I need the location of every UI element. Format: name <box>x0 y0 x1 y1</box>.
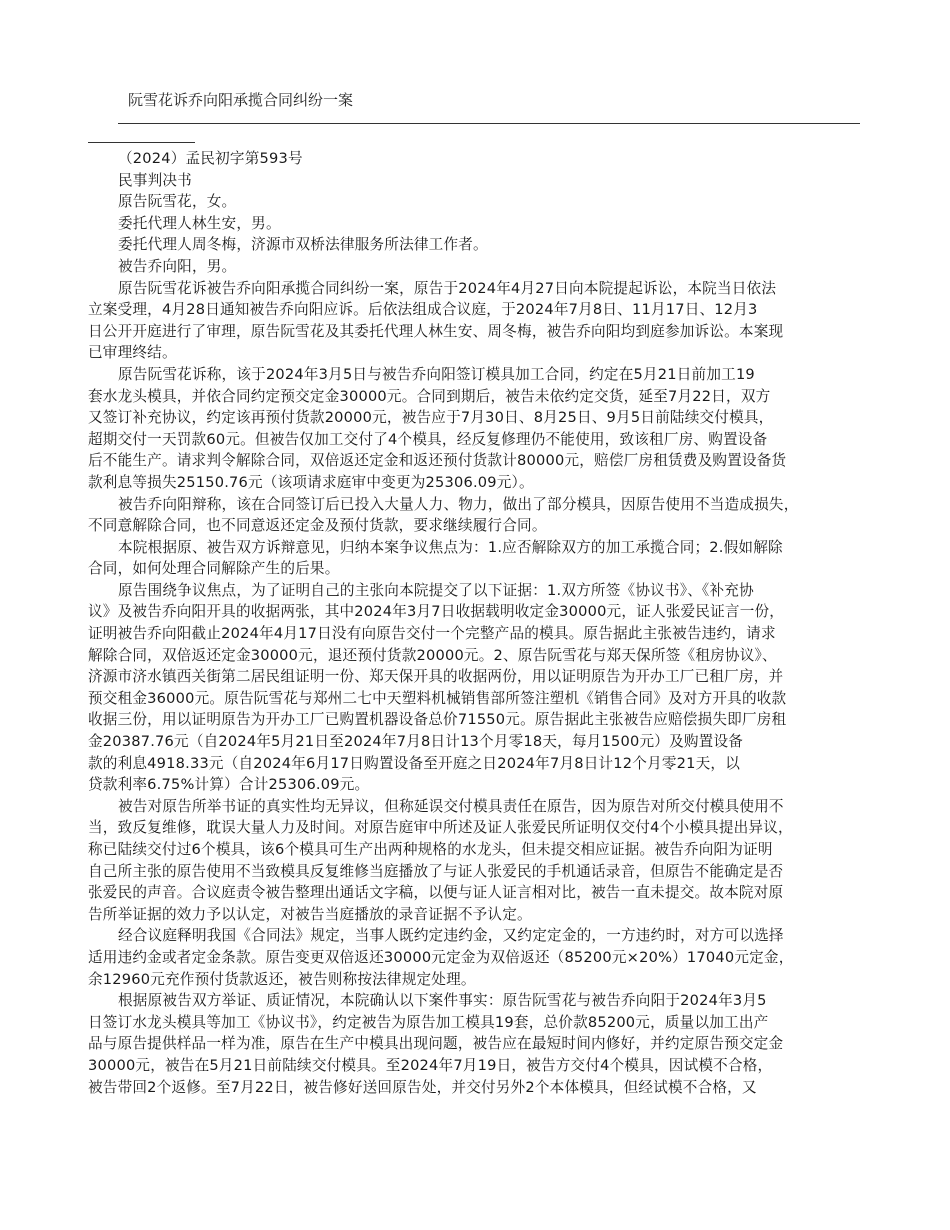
text-line: 根据原被告双方举证、质证情况，本院确认以下案件事实：原告阮雪花与被告乔向阳于20… <box>88 990 863 1012</box>
paragraph-plaintiff-claims: 原告阮雪花诉称，该于2024年3月5日与被告乔向阳签订模具加工合同，约定在5月2… <box>88 364 863 494</box>
paragraph-dispute-focus: 本院根据原、被告双方诉辩意见，归纳本案争议焦点为：1.应否解除双方的加工承揽合同… <box>88 537 863 580</box>
text-line: 本院根据原、被告双方诉辩意见，归纳本案争议焦点为：1.应否解除双方的加工承揽合同… <box>88 537 863 559</box>
plaintiff-agent-2: 委托代理人周冬梅，济源市双桥法律服务所法律工作者。 <box>88 234 863 256</box>
case-number: （2024）孟民初字第593号 <box>88 148 863 170</box>
text-line: 日公开开庭进行了审理，原告阮雪花及其委托代理人林生安、周冬梅，被告乔向阳均到庭参… <box>88 321 863 343</box>
text-line: 日签订水龙头模具等加工《协议书》，约定被告为原告加工模具19套，总价款85200… <box>88 1012 863 1034</box>
paragraph-court-explanation: 经合议庭释明我国《合同法》规定，当事人既约定违约金，又约定定金的，一方违约时，对… <box>88 925 863 990</box>
text-line: 当，致反复维修，耽误大量人力及时间。对原告庭审中所述及证人张爱民所证明仅交付4个… <box>88 817 863 839</box>
text-line: 原告阮雪花诉被告乔向阳承揽合同纠纷一案，原告于2024年4月27日向本院提起诉讼… <box>88 278 863 300</box>
paragraph-defendant-defense: 被告乔向阳辩称，该在合同签订后已投入大量人力、物力，做出了部分模具，因原告使用不… <box>88 494 863 537</box>
text-line: 被告带回2个返修。至7月22日，被告修好送回原告处，并交付另外2个本体模具，但经… <box>88 1077 863 1099</box>
text-line: 告所举证据的效力予以认定，对被告当庭播放的录音证据不予认定。 <box>88 904 863 926</box>
text-line: 贷款利率6.75%计算）合计25306.09元。 <box>88 774 863 796</box>
text-line: 超期交付一天罚款60元。但被告仅加工交付了4个模具，经反复修理仍不能使用，致该租… <box>88 429 863 451</box>
text-line: 款的利息4918.33元（自2024年6月17日购置设备至开庭之日2024年7月… <box>88 753 863 775</box>
plaintiff: 原告阮雪花，女。 <box>88 191 863 213</box>
title-divider <box>118 123 860 124</box>
text-line: 又签订补充协议，约定该再预付货款20000元，被告应于7月30日、8月25日、9… <box>88 407 863 429</box>
text-line: 解除合同，双倍返还定金30000元，退还预付货款20000元。2、原告阮雪花与郑… <box>88 645 863 667</box>
paragraph-procedure: 原告阮雪花诉被告乔向阳承揽合同纠纷一案，原告于2024年4月27日向本院提起诉讼… <box>88 278 863 364</box>
text-line: 后不能生产。请求判令解除合同，双倍返还定金和返还预付货款计80000元，赔偿厂房… <box>88 450 863 472</box>
text-line: 30000元，被告在5月21日前陆续交付模具。至2024年7月19日，被告方交付… <box>88 1055 863 1077</box>
text-line: 不同意解除合同，也不同意返还定金及预付货款，要求继续履行合同。 <box>88 515 863 537</box>
text-line: 原告围绕争议焦点，为了证明自己的主张向本院提交了以下证据：1.双方所签《协议书》… <box>88 580 863 602</box>
text-line: 余12960元充作预付货款返还，被告则称按法律规定处理。 <box>88 969 863 991</box>
text-line: 原告阮雪花诉称，该于2024年3月5日与被告乔向阳签订模具加工合同，约定在5月2… <box>88 364 863 386</box>
paragraph-findings: 根据原被告双方举证、质证情况，本院确认以下案件事实：原告阮雪花与被告乔向阳于20… <box>88 990 863 1098</box>
text-line: 合同，如何处理合同解除产生的后果。 <box>88 558 863 580</box>
text-line: 被告对原告所举书证的真实性均无异议，但称延误交付模具责任在原告，因为原告对所交付… <box>88 796 863 818</box>
text-line: 收据三份，用以证明原告为开办工厂已购置机器设备总价71550元。原告据此主张被告… <box>88 709 863 731</box>
case-title: 阮雪花诉乔向阳承揽合同纠纷一案 <box>128 90 353 110</box>
text-line: 套水龙头模具，并依合同约定预交定金30000元。合同到期后，被告未依约定交货，延… <box>88 386 863 408</box>
footnote-divider <box>88 142 195 143</box>
text-line: 适用违约金或者定金条款。原告变更双倍返还30000元定金为双倍返还（85200元… <box>88 947 863 969</box>
text-line: 立案受理，4月28日通知被告乔向阳应诉。后依法组成合议庭，于2024年7月8日、… <box>88 299 863 321</box>
text-line: 预交租金36000元。原告阮雪花与郑州二七中天塑料机械销售部所签注塑机《销售合同… <box>88 688 863 710</box>
text-line: 被告乔向阳辩称，该在合同签订后已投入大量人力、物力，做出了部分模具，因原告使用不… <box>88 494 863 516</box>
text-line: 济源市济水镇西关街第二居民组证明一份、郑天保开具的收据两份，用以证明原告为开办工… <box>88 666 863 688</box>
defendant: 被告乔向阳，男。 <box>88 256 863 278</box>
judgment-body: （2024）孟民初字第593号 民事判决书 原告阮雪花，女。 委托代理人林生安，… <box>88 148 863 1098</box>
text-line: 金20387.76元（自2024年5月21日至2024年7月8日计13个月零18… <box>88 731 863 753</box>
plaintiff-agent-1: 委托代理人林生安，男。 <box>88 213 863 235</box>
paragraph-plaintiff-evidence: 原告围绕争议焦点，为了证明自己的主张向本院提交了以下证据：1.双方所签《协议书》… <box>88 580 863 796</box>
text-line: 品与原告提供样品一样为准，原告在生产中模具出现问题，被告应在最短时间内修好，并约… <box>88 1033 863 1055</box>
text-line: 议》及被告乔向阳开具的收据两张，其中2024年3月7日收据载明收定金30000元… <box>88 601 863 623</box>
text-line: 经合议庭释明我国《合同法》规定，当事人既约定违约金，又约定定金的，一方违约时，对… <box>88 925 863 947</box>
text-line: 款利息等损失25150.76元（该项请求庭审中变更为25306.09元）。 <box>88 472 863 494</box>
paragraph-defendant-response: 被告对原告所举书证的真实性均无异议，但称延误交付模具责任在原告，因为原告对所交付… <box>88 796 863 926</box>
document-type: 民事判决书 <box>88 170 863 192</box>
text-line: 证明被告乔向阳截止2024年4月17日没有向原告交付一个完整产品的模具。原告据此… <box>88 623 863 645</box>
text-line: 称已陆续交付过6个模具，该6个模具可生产出两种规格的水龙头，但未提交相应证据。被… <box>88 839 863 861</box>
text-line: 张爱民的声音。合议庭责令被告整理出通话文字稿，以便与证人证言相对比，被告一直未提… <box>88 882 863 904</box>
text-line: 自己所主张的原告使用不当致模具反复维修当庭播放了与证人张爱民的手机通话录音，但原… <box>88 861 863 883</box>
text-line: 已审理终结。 <box>88 342 863 364</box>
